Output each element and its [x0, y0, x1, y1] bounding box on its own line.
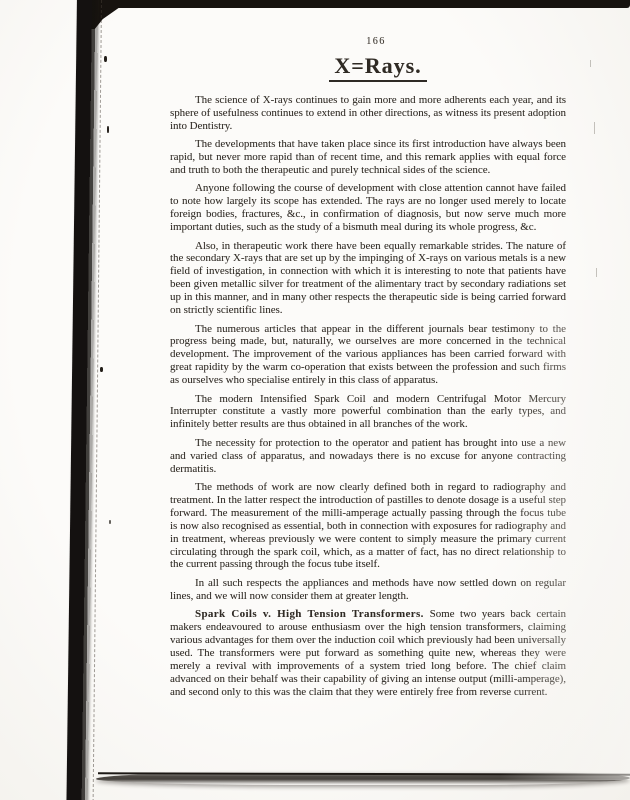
page-content: 166 X=Rays. The science of X-rays contin…	[170, 36, 566, 704]
body-text: The science of X-rays continues to gain …	[170, 94, 566, 698]
paragraph: The methods of work are now clearly defi…	[170, 481, 566, 571]
run-in-heading: Spark Coils v. High Tension Transformers…	[195, 608, 430, 620]
scan-artifact-dash	[596, 268, 597, 277]
paragraph: Spark Coils v. High Tension Transformers…	[170, 608, 566, 698]
scanned-page: 166 X=Rays. The science of X-rays contin…	[0, 0, 630, 800]
page-title-text: X=Rays.	[329, 53, 426, 82]
scan-edge-top	[84, 0, 630, 8]
scan-artifact-dash	[590, 60, 591, 67]
page-number: 166	[178, 36, 574, 47]
ink-speck	[100, 367, 103, 372]
paragraph: The numerous articles that appear in the…	[170, 323, 566, 388]
ink-speck	[107, 126, 109, 133]
scan-edge-bottom	[96, 772, 630, 785]
paragraph: The modern Intensified Spark Coil and mo…	[170, 393, 566, 432]
paragraph: The developments that have taken place s…	[170, 138, 566, 177]
paragraph: Anyone following the course of developme…	[170, 182, 566, 234]
paragraph: Also, in therapeutic work there have bee…	[170, 240, 566, 317]
paragraph: The science of X-rays continues to gain …	[170, 94, 566, 133]
page-title: X=Rays.	[180, 53, 576, 82]
paragraph: In all such respects the appliances and …	[170, 577, 566, 603]
scan-artifact-dash	[594, 122, 595, 134]
ink-speck	[104, 56, 107, 62]
paragraph: The necessity for protection to the oper…	[170, 437, 566, 476]
ink-speck	[109, 520, 111, 524]
